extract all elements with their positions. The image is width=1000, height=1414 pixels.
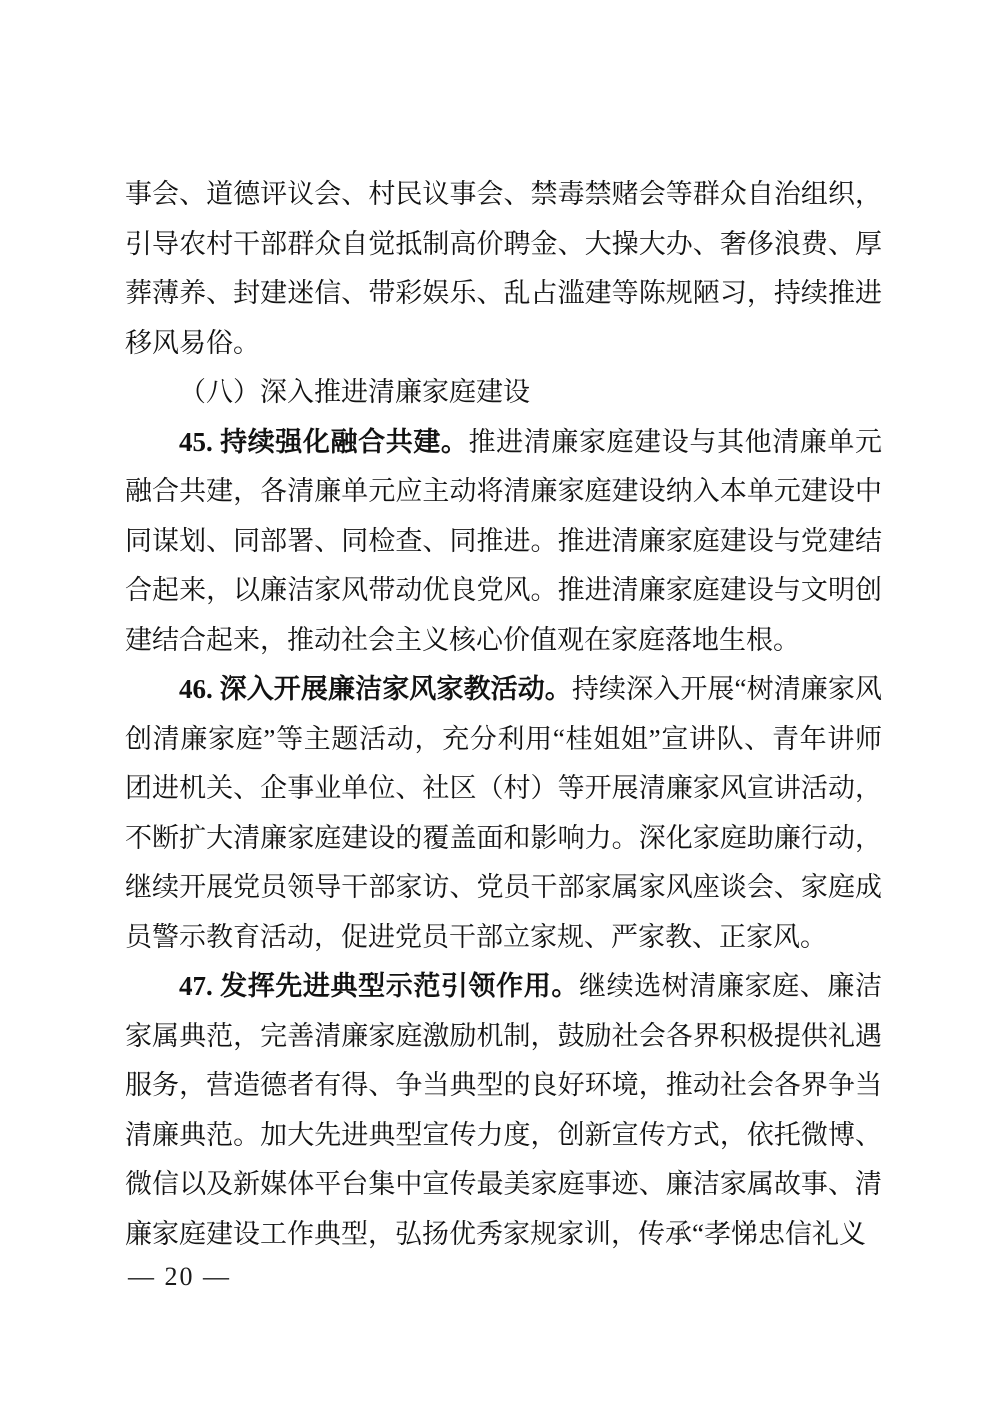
document-body: 事会、道德评议会、村民议事会、禁毒禁赌会等群众自治组织，引导农村干部群众自觉抵制… [125, 170, 882, 1259]
paragraph-item-46: 46. 深入开展廉洁家风家教活动。持续深入开展“树清廉家风创清廉家庭”等主题活动… [125, 665, 882, 962]
item-47-lead: 47. 发挥先进典型示范引领作用。 [179, 971, 579, 1001]
section-heading: （八）深入推进清廉家庭建设 [125, 368, 882, 418]
document-page: 事会、道德评议会、村民议事会、禁毒禁赌会等群众自治组织，引导农村干部群众自觉抵制… [0, 0, 1000, 1414]
paragraph-item-47: 47. 发挥先进典型示范引领作用。继续选树清廉家庭、廉洁家属典范，完善清廉家庭激… [125, 962, 882, 1259]
item-46-body: 持续深入开展“树清廉家风创清廉家庭”等主题活动，充分利用“桂姐姐”宣讲队、青年讲… [125, 674, 882, 952]
item-45-lead: 45. 持续强化融合共建。 [179, 427, 469, 457]
paragraph-item-45: 45. 持续强化融合共建。推进清廉家庭建设与其他清廉单元融合共建，各清廉单元应主… [125, 418, 882, 666]
item-47-body: 继续选树清廉家庭、廉洁家属典范，完善清廉家庭激励机制，鼓励社会各界积极提供礼遇服… [125, 971, 882, 1249]
paragraph-continuation: 事会、道德评议会、村民议事会、禁毒禁赌会等群众自治组织，引导农村干部群众自觉抵制… [125, 170, 882, 368]
item-45-body: 推进清廉家庭建设与其他清廉单元融合共建，各清廉单元应主动将清廉家庭建设纳入本单元… [125, 427, 882, 655]
item-46-lead: 46. 深入开展廉洁家风家教活动。 [179, 674, 572, 704]
page-number: — 20 — [128, 1259, 231, 1295]
